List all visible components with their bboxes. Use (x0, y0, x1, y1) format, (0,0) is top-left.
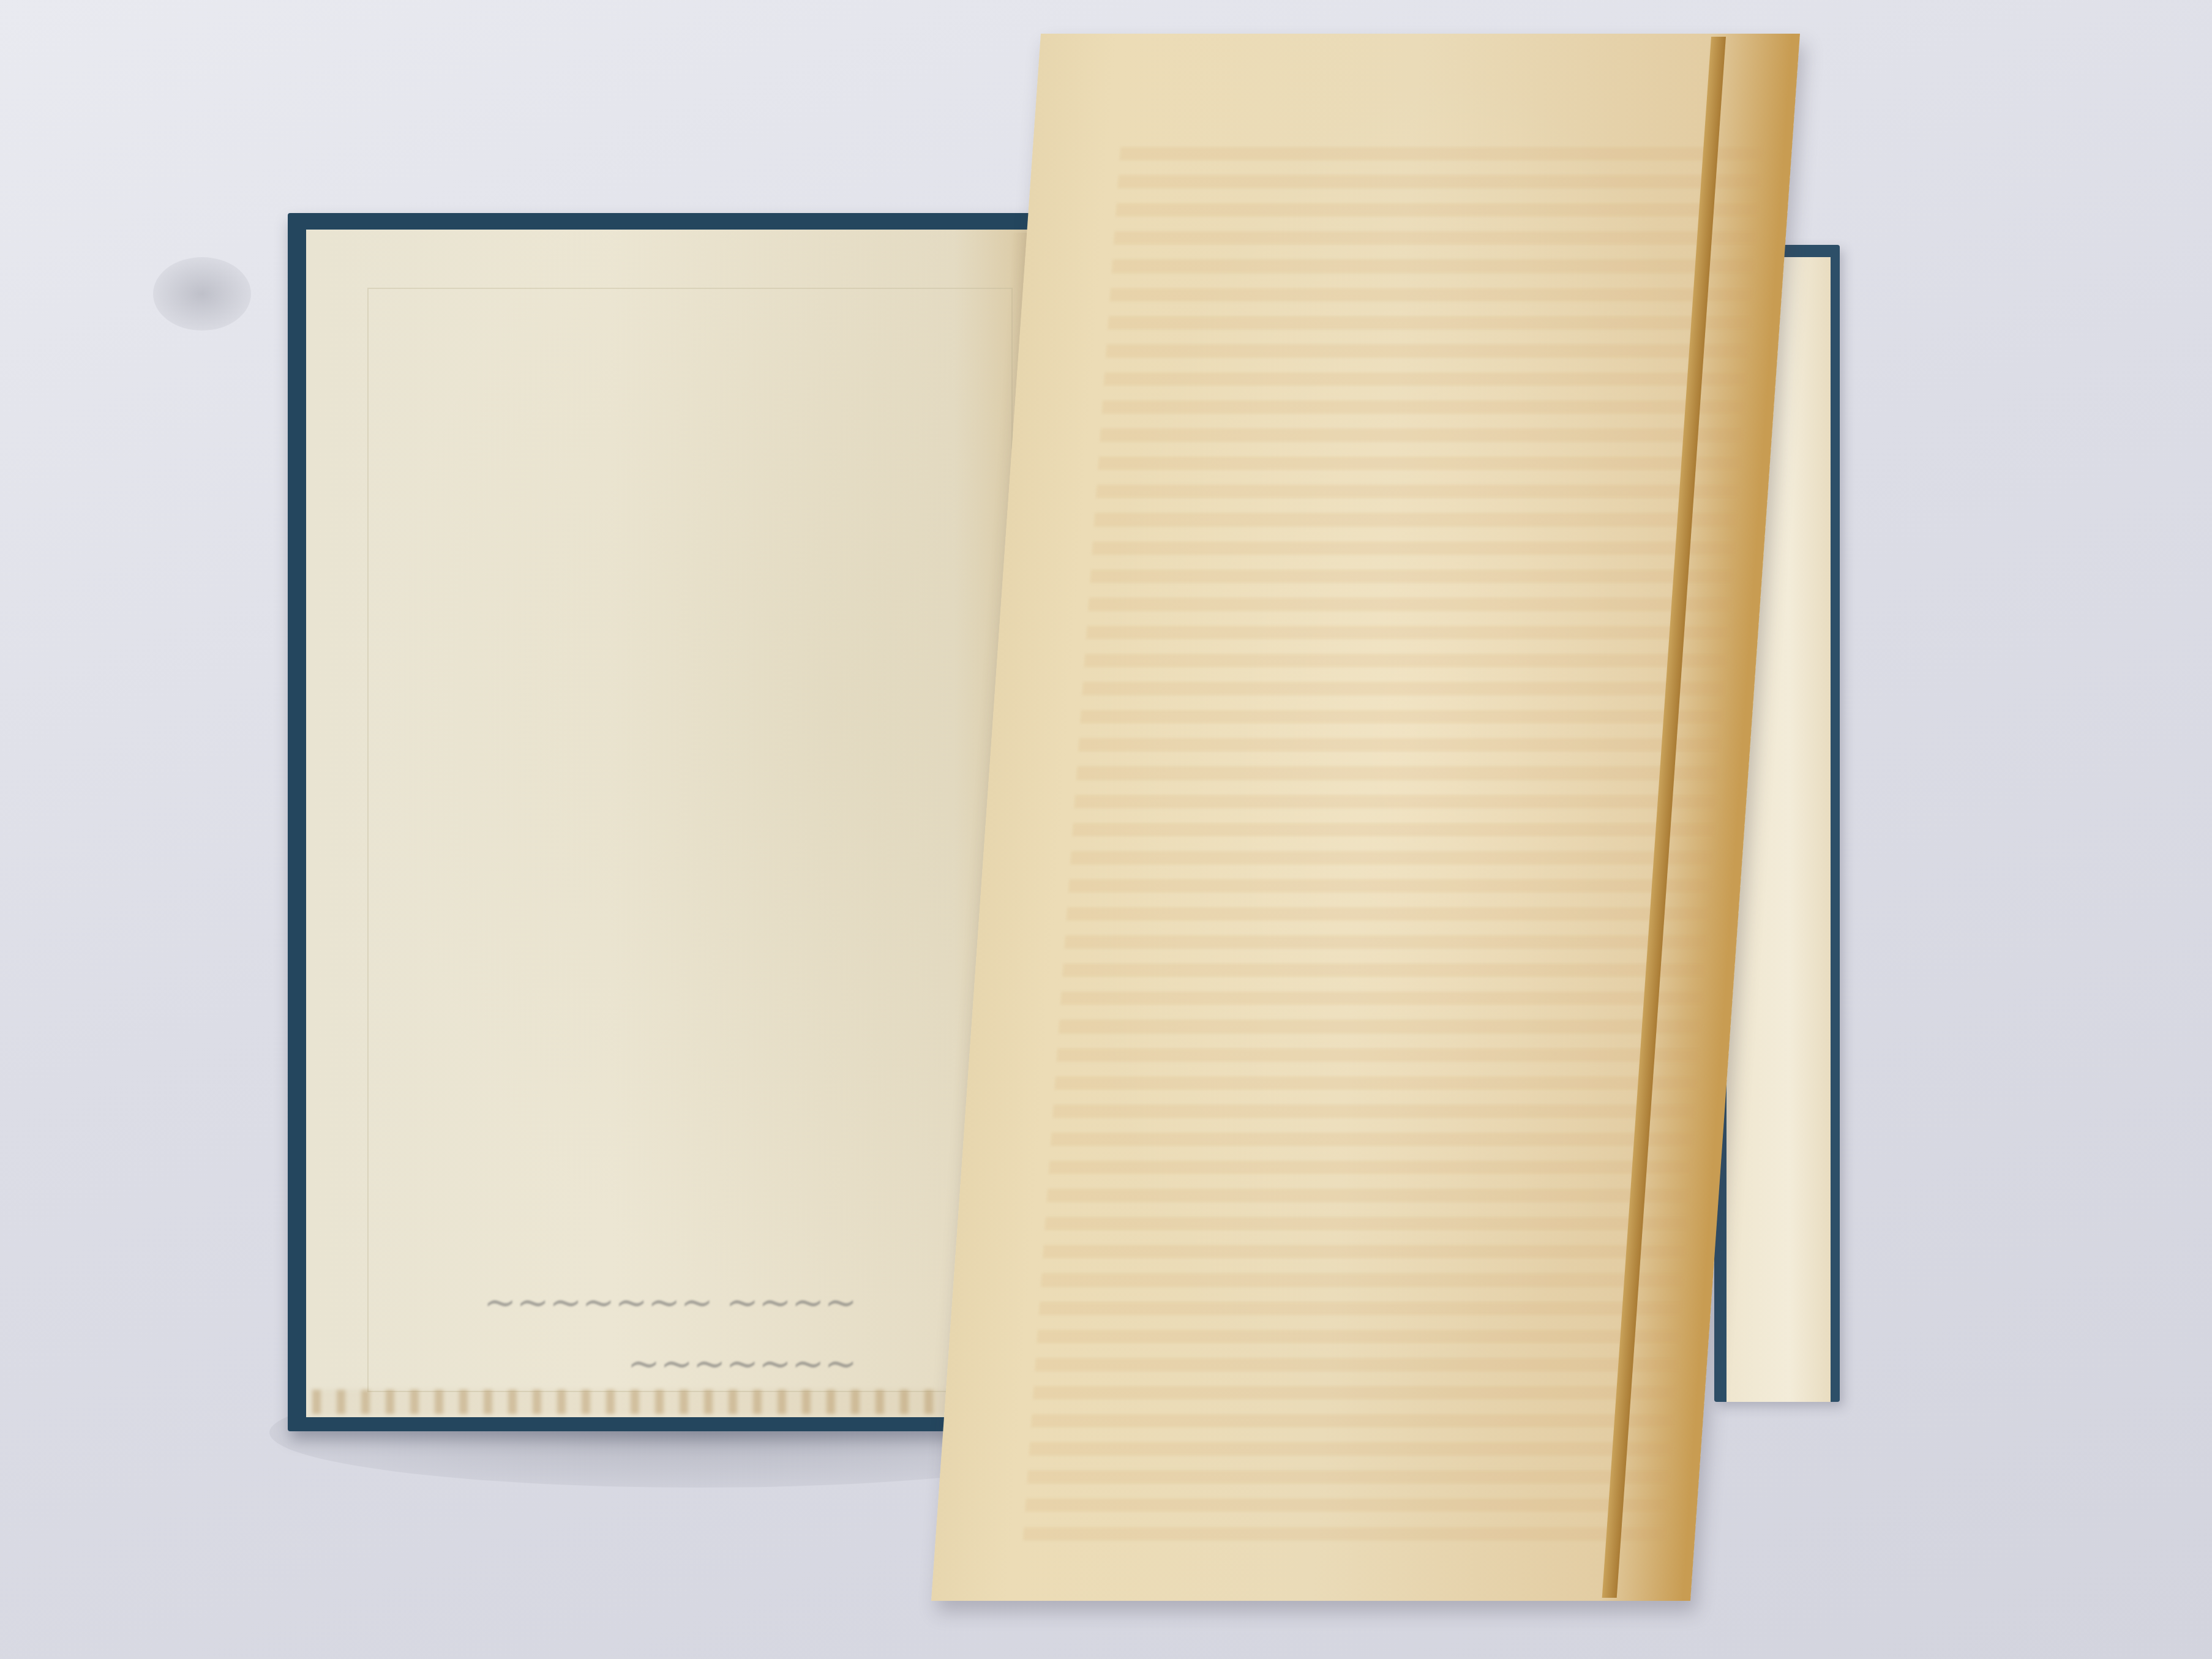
table-smudge (153, 257, 251, 331)
pencil-inscription: ~~~~~~~ ~~~~ ~~~~~~~ (429, 1261, 857, 1396)
text-offset-bleed (1023, 147, 1763, 1543)
inscription-line: ~~~~ ~~~~~~~ (429, 1273, 857, 1335)
pastedown-offset-border (367, 288, 1013, 1392)
inscription-line: ~~~~~~~ (429, 1335, 857, 1396)
photo-scene: ~~~~~~~ ~~~~ ~~~~~~~ (0, 0, 2212, 1659)
